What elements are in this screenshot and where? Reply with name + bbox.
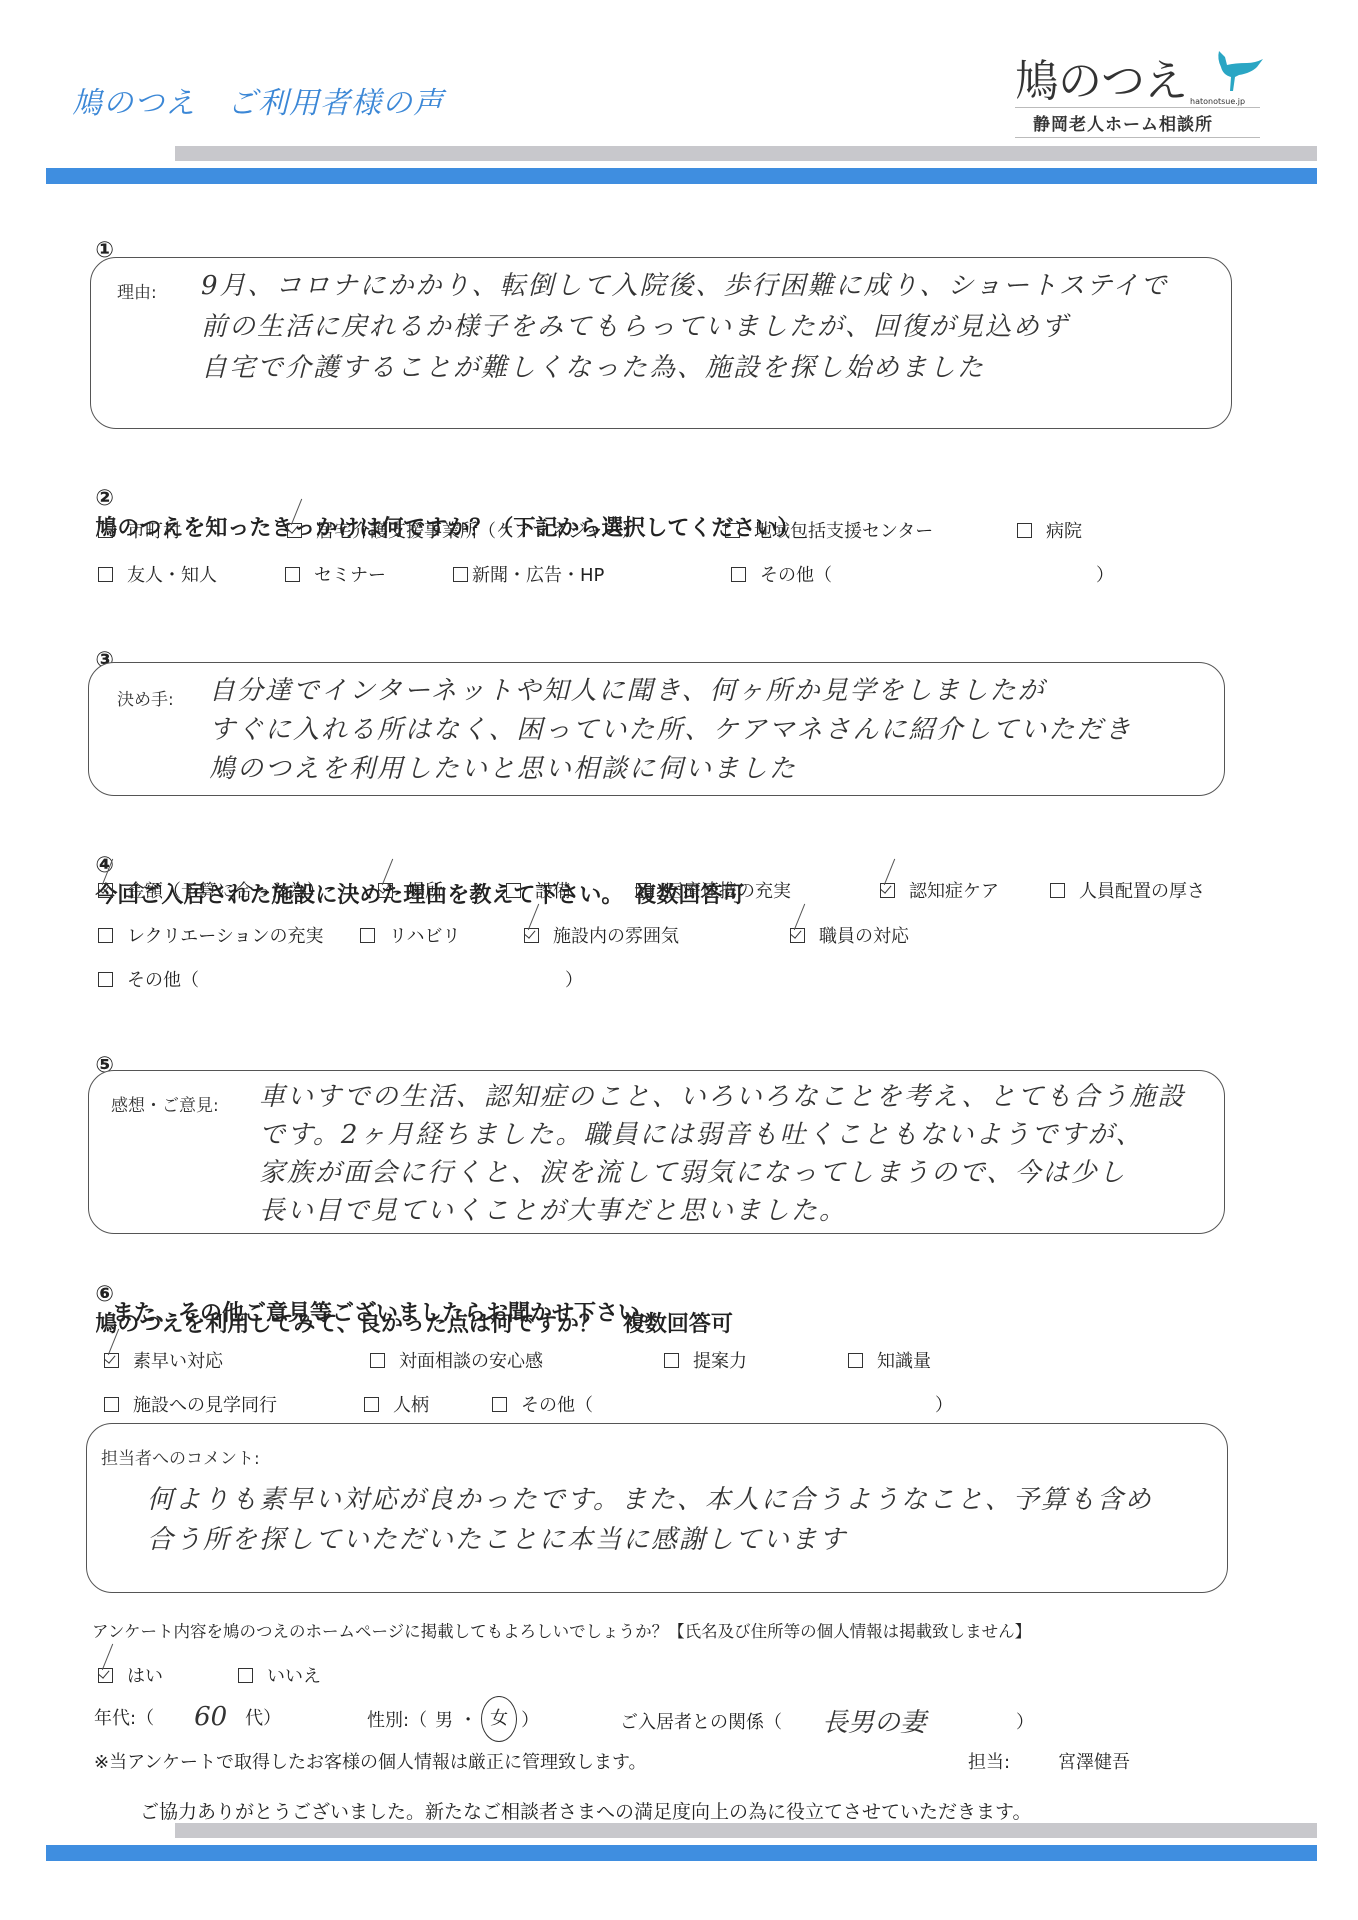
q6-option-personality[interactable]: 人柄: [364, 1391, 429, 1417]
checkbox-checked[interactable]: [524, 928, 539, 943]
q5-answer-line: 長い目で見ていくことが大事だと思いました。: [259, 1191, 847, 1232]
company-logo: 鳩のつえ hatonotsue.jp 静岡老人ホーム相談所: [1015, 45, 1265, 140]
checkbox[interactable]: [98, 567, 113, 582]
q4-number: ④: [95, 853, 127, 878]
checkbox[interactable]: [731, 567, 746, 582]
checkbox[interactable]: [360, 928, 375, 943]
q3-answer-line: 自分達でインターネットや知人に聞き、何ヶ所か見学をしましたが: [209, 671, 1046, 712]
q4-option-medical[interactable]: 医療連携の充実: [636, 877, 791, 903]
logo-divider: [1015, 137, 1260, 138]
checkbox[interactable]: [492, 1397, 507, 1412]
q2-option-friend[interactable]: 友人・知人: [98, 561, 217, 587]
q6-subtitle: また、その他ご意見等ございましたらお聞かせ下さい。: [112, 1296, 662, 1327]
logo-divider: [1015, 107, 1260, 108]
q5-answer-line: 家族が面会に行くと、涙を流して弱気になってしまうので、今は少し: [259, 1153, 1126, 1194]
q6-comment-label: 担当者へのコメント:: [101, 1444, 260, 1469]
checkbox[interactable]: [370, 1353, 385, 1368]
q4-option-atmosphere[interactable]: 施設内の雰囲気: [524, 922, 679, 948]
q1-answer-line: 前の生活に戻れるか様子をみてもらっていましたが、回復が見込めず: [201, 307, 1069, 348]
checkbox-checked[interactable]: [98, 883, 113, 898]
privacy-note: ※当アンケートで取得したお客様の個人情報は厳正に管理致します。: [94, 1748, 647, 1774]
q5-answer-line: です。2ヶ月経ちました。職員には弱音も吐くこともないようですが、: [259, 1115, 1143, 1156]
checkbox[interactable]: [453, 567, 468, 582]
thanks-message: ご協力ありがとうございました。新たなご相談者さまへの満足度向上の為に役立てさせて…: [140, 1797, 1031, 1824]
q6-option-other[interactable]: その他（: [492, 1391, 593, 1417]
checkbox[interactable]: [1017, 523, 1032, 538]
q5-label: 感想・ご意見:: [111, 1091, 219, 1116]
q6-option-face-to-face[interactable]: 対面相談の安心感: [370, 1347, 543, 1373]
q4-option-recreation[interactable]: レクリエーションの充実: [98, 922, 324, 948]
q1-answer-line: 9月、コロナにかかり、転倒して入院後、歩行困難に成り、ショートステイで: [201, 266, 1168, 307]
q5-answer-box: 感想・ご意見: 車いすでの生活、認知症のこと、いろいろなことを考え、とても合う施…: [88, 1070, 1225, 1234]
q5-answer-line: 車いすでの生活、認知症のこと、いろいろなことを考え、とても合う施設: [259, 1077, 1185, 1118]
checkbox[interactable]: [98, 972, 113, 987]
q2-number: ②: [95, 486, 127, 511]
q4-option-equipment[interactable]: 設備: [506, 877, 571, 903]
q4-option-staffing[interactable]: 人員配置の厚さ: [1050, 877, 1205, 903]
q6-comment-line: 合う所を探していただいたことに本当に感謝しています: [147, 1520, 847, 1561]
q4-other-close: ）: [565, 966, 583, 992]
q2-option-community-center[interactable]: 地域包括支援センター: [725, 517, 933, 543]
logo-url: hatonotsue.jp: [1190, 97, 1245, 106]
staff-label: 担当:: [968, 1748, 1010, 1774]
q6-comment-box: 担当者へのコメント: 何よりも素早い対応が良かったです。また、本人に合うようなこ…: [86, 1423, 1228, 1593]
checkbox[interactable]: [238, 1668, 253, 1683]
q4-option-staff-response[interactable]: 職員の対応: [790, 922, 909, 948]
q1-answer-box: 理由: 9月、コロナにかかり、転倒して入院後、歩行困難に成り、ショートステイで …: [90, 257, 1232, 429]
q2-option-seminar[interactable]: セミナー: [285, 561, 386, 587]
checkbox-checked[interactable]: [790, 928, 805, 943]
age-value: 60: [194, 1702, 227, 1732]
checkbox-checked[interactable]: [98, 1668, 113, 1683]
checkbox-checked[interactable]: [880, 883, 895, 898]
gender-male[interactable]: 男: [435, 1706, 453, 1732]
q2-option-media[interactable]: 新聞・広告・HP: [453, 561, 604, 587]
checkbox[interactable]: [848, 1353, 863, 1368]
q4-option-price[interactable]: 金額（予算に合った為）: [98, 877, 325, 903]
q3-label: 決め手:: [117, 685, 174, 710]
q3-answer-line: 鳩のつえを利用したいと思い相談に伺いました: [209, 749, 797, 790]
q4-option-other[interactable]: その他（: [98, 966, 199, 992]
age-field: 年代:（ 60 代）: [94, 1702, 281, 1732]
q2-option-hospital[interactable]: 病院: [1017, 517, 1082, 543]
relation-field: ご入居者との関係（ 長男の妻 ）: [620, 1702, 1034, 1739]
q2-other-close: ）: [1096, 561, 1114, 587]
checkbox[interactable]: [506, 883, 521, 898]
checkbox[interactable]: [725, 523, 740, 538]
q4-option-location[interactable]: 場所: [378, 877, 443, 903]
header-bar-gray: [175, 146, 1317, 161]
q2-option-care-manager[interactable]: 居宅介護支援事業所（ケアマネジャー）: [287, 517, 640, 543]
q6-option-tour-accompany[interactable]: 施設への見学同行: [104, 1391, 277, 1417]
q6-comment-line: 何よりも素早い対応が良かったです。また、本人に合うようなこと、予算も含め: [147, 1480, 1153, 1521]
footer-bar-gray: [175, 1823, 1317, 1838]
gender-female-circled[interactable]: 女: [481, 1696, 517, 1742]
q1-answer-line: 自宅で介護することが難しくなった為、施設を探し始めました: [201, 348, 985, 389]
checkbox-checked[interactable]: [378, 883, 393, 898]
staff-name: 宮澤健吾: [1058, 1748, 1130, 1774]
consent-question: アンケート内容を鳩のつえのホームページに掲載してもよろしいでしょうか？【氏名及び…: [92, 1618, 1031, 1642]
bird-icon: [1205, 47, 1265, 95]
header-bar-blue: [46, 168, 1317, 184]
gender-field: 性別:（ 男 ・ 女 ）: [367, 1696, 539, 1742]
q6-option-quick-response[interactable]: 素早い対応: [104, 1347, 223, 1373]
checkbox[interactable]: [285, 567, 300, 582]
q4-option-dementia-care[interactable]: 認知症ケア: [880, 877, 999, 903]
logo-subtitle: 静岡老人ホーム相談所: [1033, 110, 1213, 135]
q4-option-rehab[interactable]: リハビリ: [360, 922, 460, 948]
page-title: 鳩のつえ ご利用者様の声: [72, 78, 444, 122]
logo-name: 鳩のつえ: [1015, 45, 1187, 109]
checkbox[interactable]: [364, 1397, 379, 1412]
q2-option-other[interactable]: その他（: [731, 561, 832, 587]
q6-option-proposal[interactable]: 提案力: [664, 1347, 747, 1373]
q6-other-close: ）: [935, 1391, 953, 1417]
consent-no[interactable]: いいえ: [238, 1662, 321, 1688]
checkbox[interactable]: [104, 1397, 119, 1412]
checkbox[interactable]: [1050, 883, 1065, 898]
relation-value: 長男の妻: [822, 1702, 926, 1739]
q3-answer-line: すぐに入れる所はなく、困っていた所、ケアマネさんに紹介していただき: [209, 710, 1132, 751]
consent-yes[interactable]: はい: [98, 1662, 163, 1688]
q6-option-knowledge[interactable]: 知識量: [848, 1347, 931, 1373]
q1-label: 理由:: [117, 278, 157, 303]
checkbox-checked[interactable]: [287, 523, 302, 538]
checkbox-checked[interactable]: [104, 1353, 119, 1368]
checkbox[interactable]: [664, 1353, 679, 1368]
footer-bar-blue: [46, 1845, 1317, 1861]
q2-option-municipality[interactable]: 市町村: [98, 517, 181, 543]
checkbox[interactable]: [98, 928, 113, 943]
checkbox[interactable]: [98, 523, 113, 538]
q3-answer-box: 決め手: 自分達でインターネットや知人に聞き、何ヶ所か見学をしましたが すぐに入…: [88, 662, 1225, 796]
checkbox[interactable]: [636, 883, 651, 898]
